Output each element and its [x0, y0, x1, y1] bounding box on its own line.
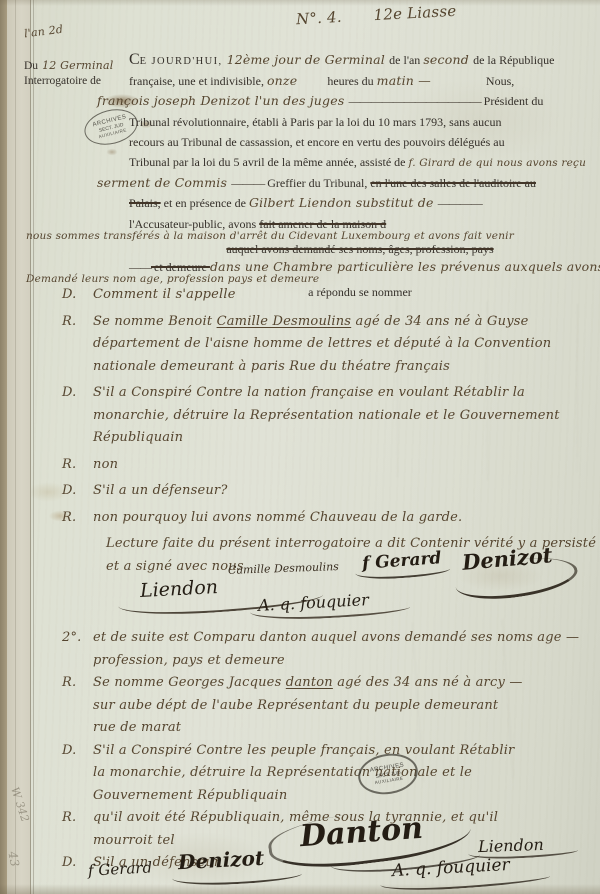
scan-shadow [0, 884, 600, 894]
signature-liendon: Liendon [139, 576, 218, 602]
text-line: Républiquain [62, 426, 592, 449]
text-line: R.non pourquoy lui avons nommé Chauveau … [62, 506, 592, 529]
ink-rule: ——— [231, 176, 264, 190]
handwritten-text: département de l'aisne homme de lettres … [93, 336, 551, 351]
ink-rule: ———————————— [349, 94, 481, 108]
printed-text: de l'an [389, 53, 423, 67]
printed-text: C [129, 51, 140, 68]
printed-text: Palais, [129, 196, 161, 210]
handwritten-text: D. [62, 284, 93, 306]
printed-text: Nous, [486, 74, 514, 88]
handwritten-text: matin — [377, 73, 431, 88]
handwritten-text: S'il a Conspiré Contre la nation françai… [93, 385, 525, 400]
fold-line [33, 0, 34, 894]
text-line: D.S'il a Conspiré Contre les peuple fran… [62, 739, 592, 762]
handwritten-text: onze [267, 73, 297, 88]
handwritten-text: D. [62, 740, 93, 762]
text-line: recours au Tribunal de cassassion, et en… [129, 132, 591, 152]
text-line: profession, pays et demeure [62, 649, 592, 672]
handwritten-text: f. Girard de qui nous avons reçu [408, 157, 586, 169]
text-line: R.Se nomme Georges Jacques danton agé de… [62, 671, 592, 694]
text-line: nous sommes transférés à la maison d'arr… [26, 229, 591, 242]
handwritten-text: Républiquain [93, 430, 183, 445]
fold-line [15, 0, 16, 894]
text-line: Gouvernement Républiquain [62, 784, 592, 807]
printed-text: et en présence de [161, 196, 249, 210]
handwritten-text: D. [62, 382, 93, 404]
handwritten-text: Comment il s'appelle [93, 287, 236, 302]
binding-tape [7, 0, 31, 894]
text-line: Palais, et en présence de Gilbert Liendo… [129, 193, 591, 213]
handwritten-text: agé de 34 ans né à Guyse [351, 314, 528, 329]
handwritten-text: non pourquoy lui avons nommé Chauveau de… [93, 510, 462, 525]
text-line: D.Comment il s'appelle [62, 283, 592, 306]
handwritten-text: monarchie, détruire la Représentation na… [93, 408, 560, 423]
handwritten-text: rue de marat [93, 720, 181, 735]
handwritten-text: Se nomme Benoit [93, 314, 217, 329]
margin-interrogatoire-label: Interrogatoire de [24, 75, 101, 87]
printed-text: Greffier du Tribunal, [264, 176, 370, 190]
handwritten-text: 2°. [62, 627, 93, 649]
printed-text: en l'une des salles de l'auditoire au [370, 176, 536, 190]
handwritten-text: sur aube dépt de l'aube Représentant du … [93, 698, 498, 713]
printed-text: heures du [327, 74, 376, 88]
handwritten-text: Se nomme Georges Jacques [93, 675, 286, 690]
text-line: D.S'il a un défenseur? [62, 479, 592, 502]
text-line: rue de marat [62, 716, 592, 739]
text-line: sur aube dépt de l'aube Représentant du … [62, 694, 592, 717]
text-line: monarchie, détruire la Représentation na… [62, 404, 592, 427]
text-line: auquel avons demandé ses noms, âges, pro… [129, 241, 591, 257]
signature-liendon: Liendon [478, 835, 544, 856]
handwritten-text: serment de Commis [97, 175, 231, 190]
printed-text: française, une et indivisible, [129, 74, 267, 88]
margin-date-value: 12 Germinal [42, 59, 113, 72]
handwritten-text: mourroit tel [93, 833, 175, 848]
text-line: françois joseph Denizot l'un des juges —… [97, 91, 591, 111]
text-line: D.S'il a Conspiré Contre la nation franç… [62, 381, 592, 404]
text-line: française, une et indivisible, onzeheure… [129, 71, 591, 91]
handwritten-text: agé des 34 ans né à arcy — [333, 675, 523, 690]
text-line: 2°.et de suite est Comparu danton auquel… [62, 626, 592, 649]
dossier-number: N°. 4. [296, 8, 343, 28]
handwritten-text: R. [62, 807, 93, 829]
text-line: nationale demeurant à paris Rue du théat… [62, 355, 592, 378]
margin-du-label: Du [24, 60, 38, 72]
printed-text: Président du [481, 94, 544, 108]
signature-denizot: Denizot [177, 846, 264, 874]
text-line: R.Se nomme Benoit Camille Desmoulins agé… [62, 310, 592, 333]
printed-text: Tribunal révolutionnaire, établi à Paris… [129, 115, 501, 129]
margin-date-line: Du 12 Germinal [24, 56, 113, 74]
printed-form-block: CE JOURD'HUI, 12ème jour de Germinal de … [129, 50, 591, 300]
printed-text: auquel avons demandé ses noms, âges, pro… [226, 242, 493, 256]
handwritten-text: danton [286, 675, 333, 690]
interrogation-desmoulins: D.Comment il s'appelleR.Se nomme Benoit … [62, 283, 592, 577]
printed-text: E JOURD'HUI, [140, 56, 227, 67]
handwritten-text: S'il a un défenseur? [93, 483, 228, 498]
liasse-number: 12e Liasse [373, 2, 457, 24]
handwritten-text: Camille Desmoulins [217, 314, 352, 329]
handwritten-text: 12ème jour de Germinal [227, 52, 390, 67]
handwritten-text: R. [62, 454, 93, 476]
handwritten-text: nationale demeurant à paris Rue du théat… [93, 359, 450, 374]
scan-shadow [0, 0, 600, 6]
text-line: la monarchie, détruire la Représentation… [62, 761, 592, 784]
handwritten-text: second [423, 52, 473, 67]
handwritten-text: R. [62, 311, 93, 333]
handwritten-text: D. [62, 480, 93, 502]
text-line: département de l'aisne homme de lettres … [62, 332, 592, 355]
handwritten-text: Gilbert Liendon substitut de [249, 195, 438, 210]
handwritten-text: françois joseph Denizot l'un des juges [97, 93, 349, 108]
printed-text: Tribunal par la loi du 5 avril de la mêm… [129, 155, 408, 169]
handwritten-text: S'il a Conspiré Contre les peuple frança… [93, 743, 514, 758]
handwritten-text: et a signé avec nous [106, 559, 244, 574]
printed-text: de la République [473, 53, 554, 67]
text-line: serment de Commis ——— Greffier du Tribun… [97, 173, 591, 193]
ink-rule: ———— [438, 196, 482, 210]
text-line: Tribunal par la loi du 5 avril de la mêm… [129, 152, 591, 173]
text-line: R.non [62, 453, 592, 476]
document-scan: N°. 4. 12e Liasse l'an 2d Du 12 Germinal… [0, 0, 600, 894]
handwritten-text: non [93, 457, 118, 472]
handwritten-text: R. [62, 507, 93, 529]
signature-gerard: f Gerard [88, 858, 153, 879]
handwritten-text: Gouvernement Républiquain [93, 788, 287, 803]
handwritten-text: qu'il avoit été Républiquain, même sous … [93, 810, 498, 825]
printed-text: recours au Tribunal de cassassion, et en… [129, 135, 505, 149]
handwritten-text: profession, pays et demeure [93, 653, 285, 668]
text-line: CE JOURD'HUI, 12ème jour de Germinal de … [129, 50, 591, 71]
handwritten-text: et de suite est Comparu danton auquel av… [93, 630, 579, 645]
scan-edge [0, 0, 7, 894]
text-line: Tribunal révolutionnaire, établi à Paris… [129, 112, 591, 132]
handwritten-text: R. [62, 672, 93, 694]
margin-folio-number: 43 [5, 850, 21, 867]
signature-fouquier: A. q. fouquier [258, 590, 370, 615]
